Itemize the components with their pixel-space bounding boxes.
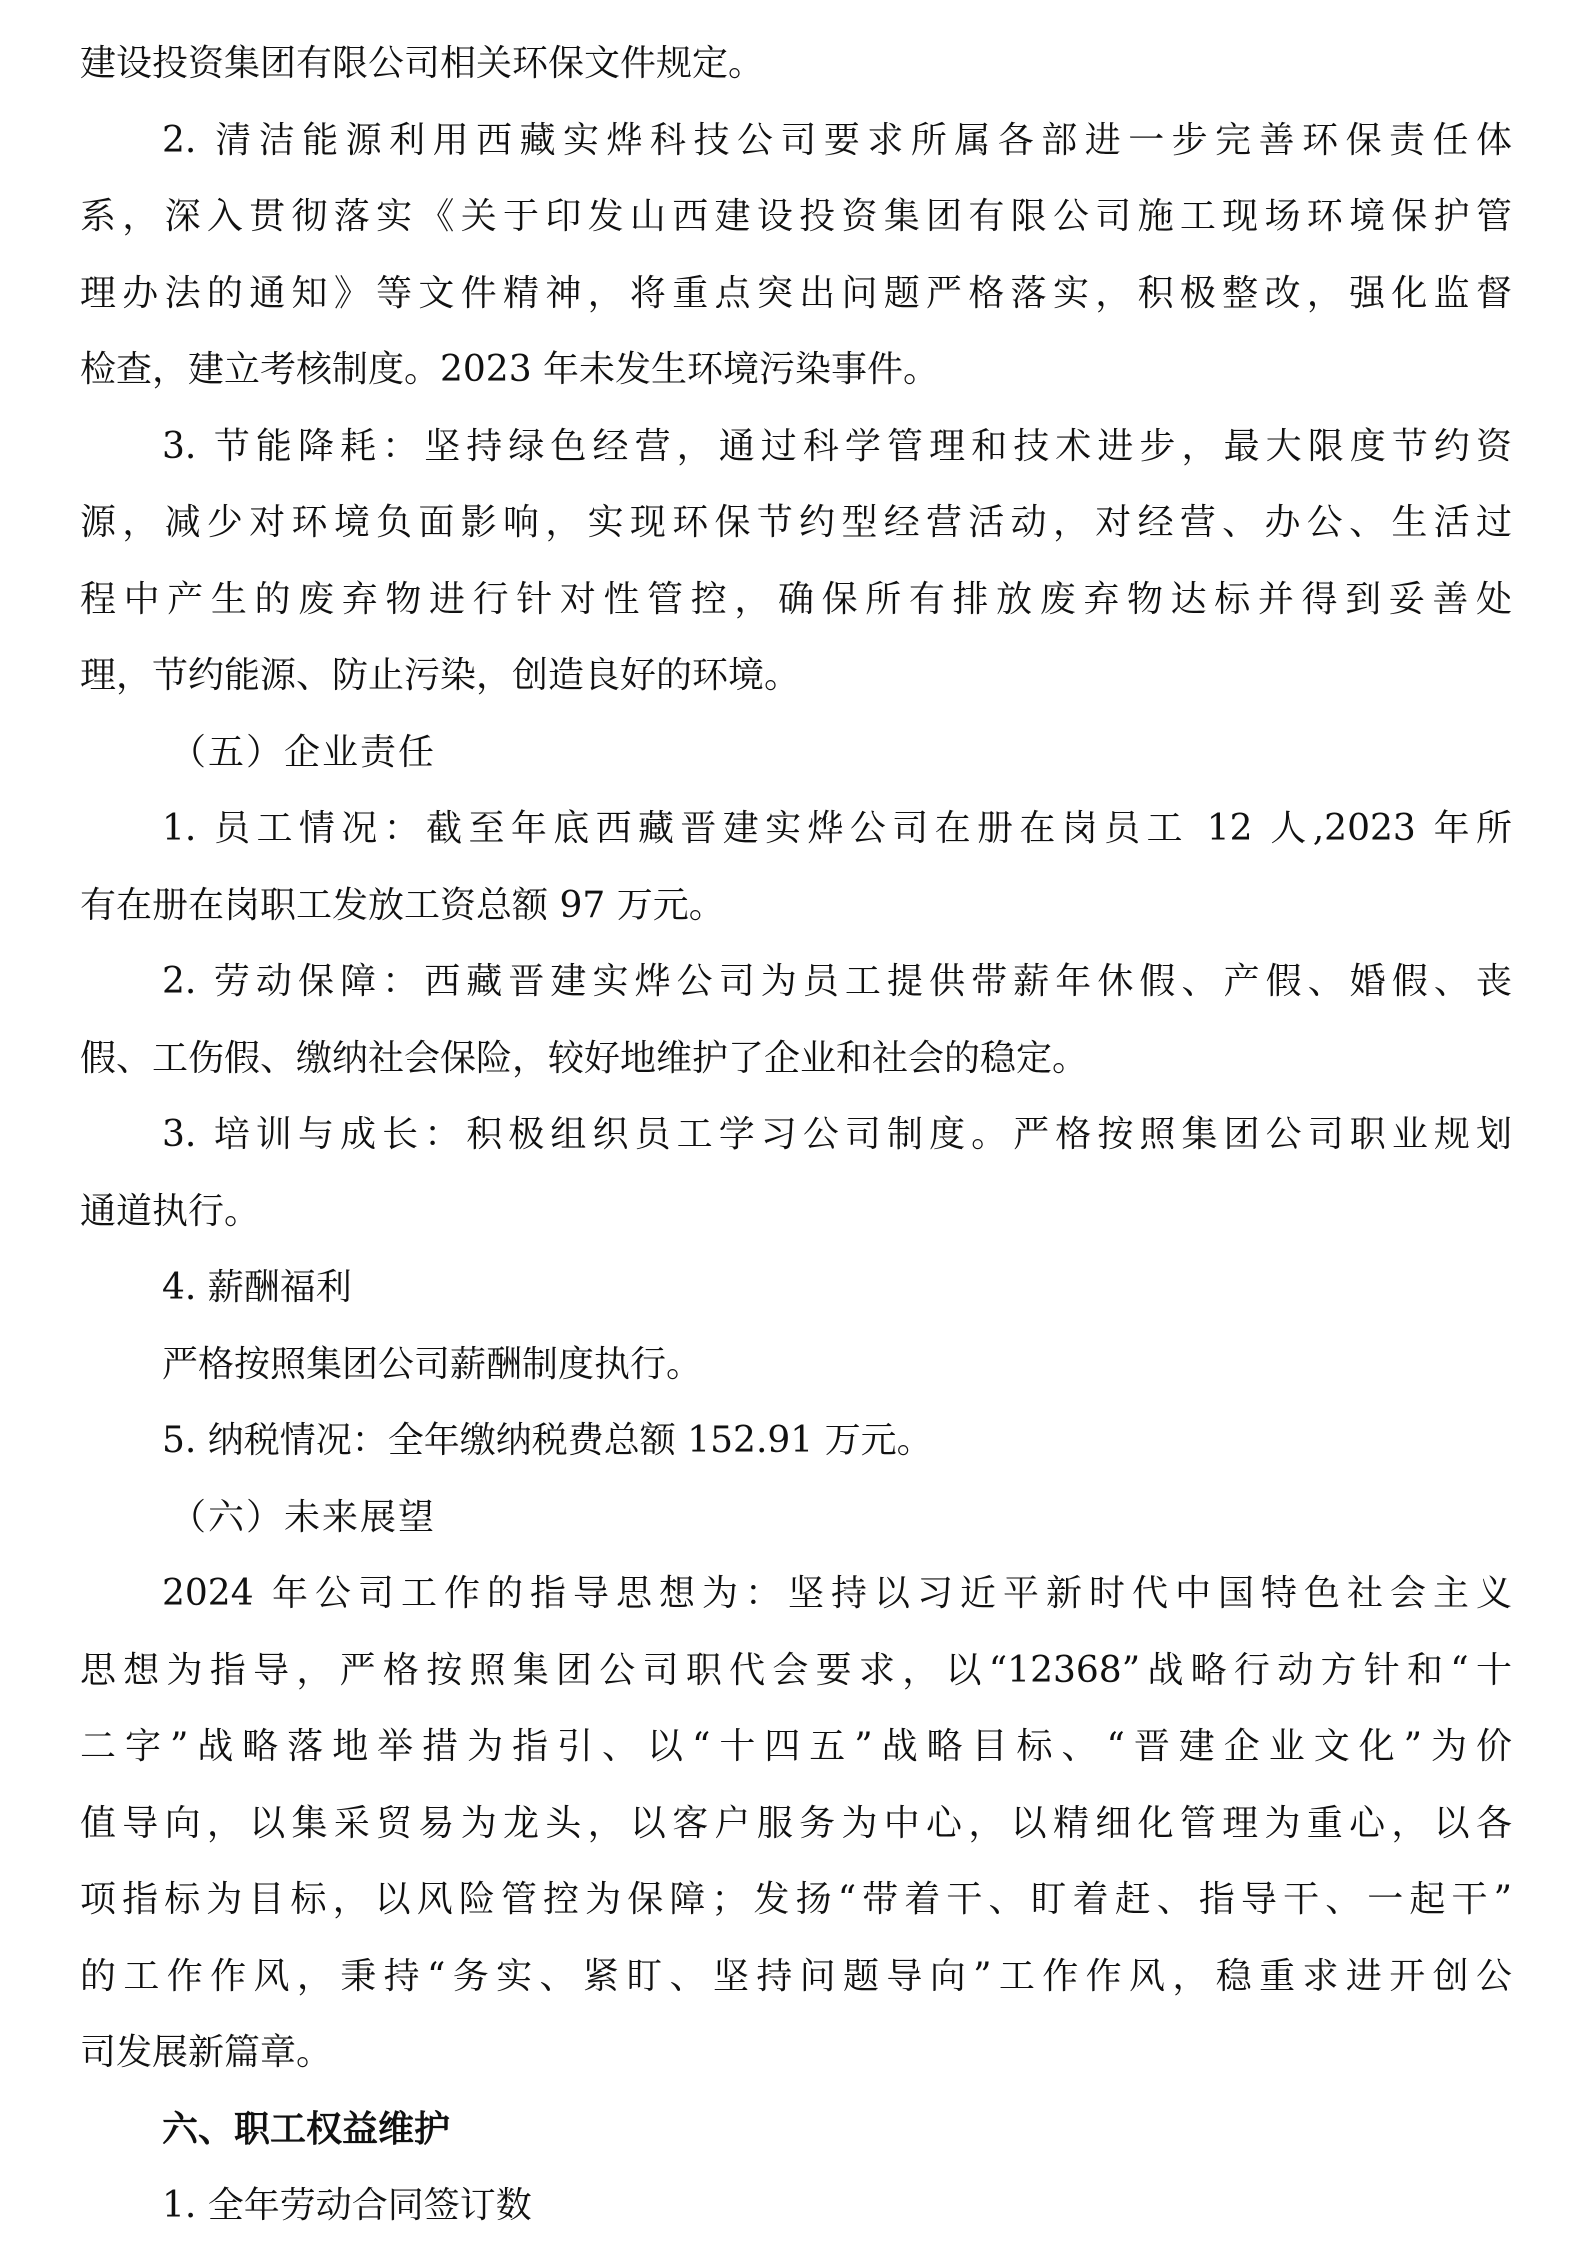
paragraph-outlook: 2024 年公司工作的指导思想为：坚持以习近平新时代中国特色社会主义 思想为指导… [80,1556,1512,2092]
text-line: 通道执行。 [80,1174,1512,1251]
text-line: 的工作作风，秉持“务实、紧盯、坚持问题导向”工作作风，稳重求进开创公 [80,1939,1512,2016]
paragraph-tax: 5. 纳税情况：全年缴纳税费总额 152.91 万元。 [80,1403,1512,1480]
text-line: 假、工伤假、缴纳社会保险，较好地维护了企业和社会的稳定。 [80,1021,1512,1098]
text-line: 4. 薪酬福利 [80,1250,1512,1327]
text-line: 思想为指导，严格按照集团公司职代会要求，以“12368”战略行动方针和“十 [80,1633,1512,1710]
text-line: 3. 节能降耗：坚持绿色经营，通过科学管理和技术进步，最大限度节约资 [80,409,1512,486]
paragraph-employee-status: 1. 员工情况：截至年底西藏晋建实烨公司在册在岗员工 12 人,2023 年所 … [80,791,1512,944]
text-line: 严格按照集团公司薪酬制度执行。 [80,1327,1512,1404]
section-heading-outlook: （六）未来展望 [80,1480,1512,1557]
text-line: 理，节约能源、防止污染，创造良好的环境。 [80,638,1512,715]
text-line: 值导向，以集采贸易为龙头，以客户服务为中心，以精细化管理为重心，以各 [80,1786,1512,1863]
text-line: 1. 全年劳动合同签订数 [80,2168,1512,2245]
paragraph-env-1-tail: 建设投资集团有限公司相关环保文件规定。 [80,26,1512,103]
text-line: 1. 员工情况：截至年底西藏晋建实烨公司在册在岗员工 12 人,2023 年所 [80,791,1512,868]
text-line: 理办法的通知》等文件精神，将重点突出问题严格落实，积极整改，强化监督 [80,256,1512,333]
section-heading: （六）未来展望 [80,1480,1512,1557]
section-heading-corporate-responsibility: （五）企业责任 [80,715,1512,792]
document-page: 建设投资集团有限公司相关环保文件规定。 2. 清洁能源利用西藏实烨科技公司要求所… [80,26,1512,2245]
text-line: 有在册在岗职工发放工资总额 97 万元。 [80,868,1512,945]
text-line: 3. 培训与成长：积极组织员工学习公司制度。严格按照集团公司职业规划 [80,1097,1512,1174]
text-line: 5. 纳税情况：全年缴纳税费总额 152.91 万元。 [80,1403,1512,1480]
paragraph-clean-energy: 2. 清洁能源利用西藏实烨科技公司要求所属各部进一步完善环保责任体 系，深入贯彻… [80,103,1512,409]
text-line: 系，深入贯彻落实《关于印发山西建设投资集团有限公司施工现场环境保护管 [80,179,1512,256]
paragraph-labor-protection: 2. 劳动保障：西藏晋建实烨公司为员工提供带薪年休假、产假、婚假、丧 假、工伤假… [80,944,1512,1097]
text-line: 二字”战略落地举措为指引、以“十四五”战略目标、“晋建企业文化”为价 [80,1709,1512,1786]
paragraph-compensation-body: 严格按照集团公司薪酬制度执行。 [80,1327,1512,1404]
paragraph-energy-saving: 3. 节能降耗：坚持绿色经营，通过科学管理和技术进步，最大限度节约资 源，减少对… [80,409,1512,715]
text-line: 建设投资集团有限公司相关环保文件规定。 [80,26,1512,103]
section-heading: （五）企业责任 [80,715,1512,792]
paragraph-training: 3. 培训与成长：积极组织员工学习公司制度。严格按照集团公司职业规划 通道执行。 [80,1097,1512,1250]
text-line: 2024 年公司工作的指导思想为：坚持以习近平新时代中国特色社会主义 [80,1556,1512,1633]
text-line: 程中产生的废弃物进行针对性管控，确保所有排放废弃物达标并得到妥善处 [80,562,1512,639]
paragraph-compensation-title: 4. 薪酬福利 [80,1250,1512,1327]
text-line: 源，减少对环境负面影响，实现环保节约型经营活动，对经营、办公、生活过 [80,485,1512,562]
chapter-heading-employee-rights: 六、职工权益维护 [80,2092,1512,2169]
text-line: 项指标为目标，以风险管控为保障；发扬“带着干、盯着赶、指导干、一起干” [80,1862,1512,1939]
text-line: 司发展新篇章。 [80,2015,1512,2092]
paragraph-labor-contracts: 1. 全年劳动合同签订数 [80,2168,1512,2245]
text-line: 2. 清洁能源利用西藏实烨科技公司要求所属各部进一步完善环保责任体 [80,103,1512,180]
text-line: 检查，建立考核制度。2023 年未发生环境污染事件。 [80,332,1512,409]
chapter-heading: 六、职工权益维护 [80,2092,1512,2169]
text-line: 2. 劳动保障：西藏晋建实烨公司为员工提供带薪年休假、产假、婚假、丧 [80,944,1512,1021]
